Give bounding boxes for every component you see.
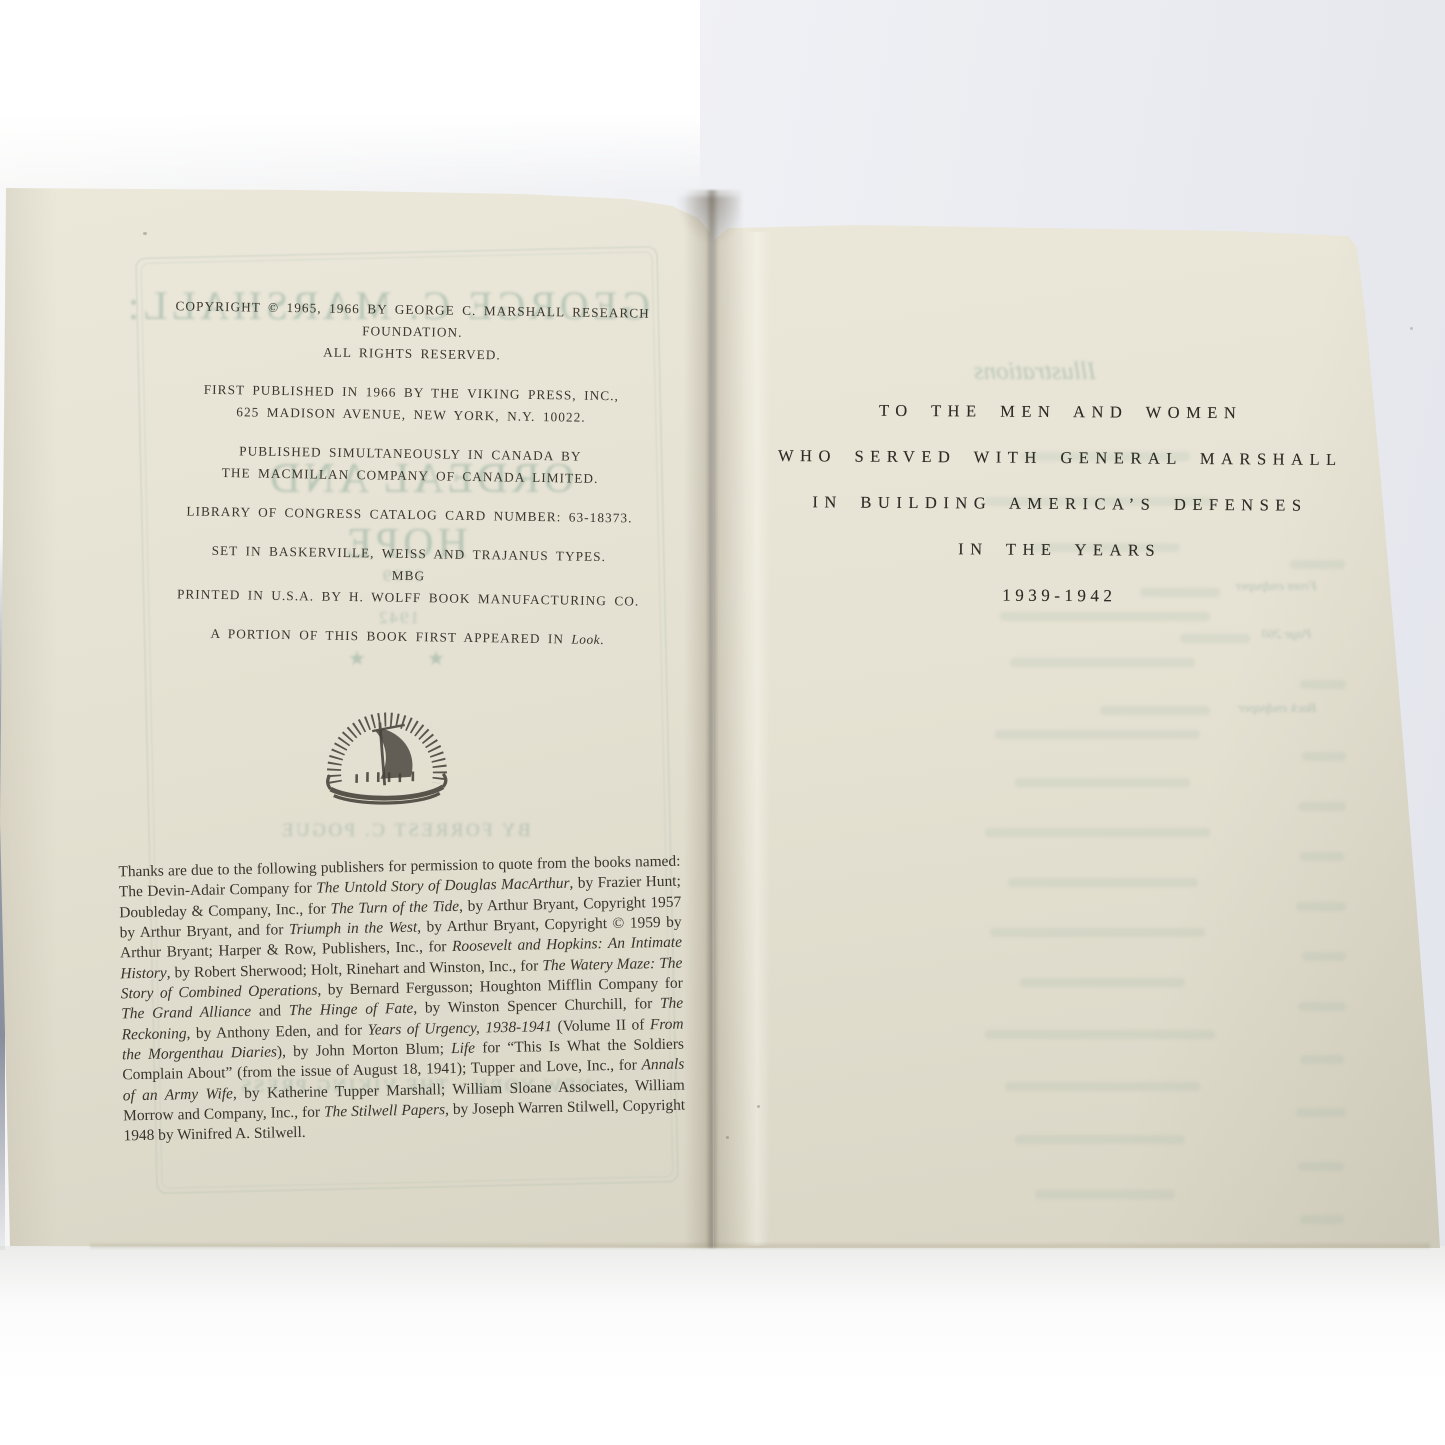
canada-group: PUBLISHED SIMULTANEOUSLY IN CANADA BY TH… xyxy=(140,439,681,491)
ghost-showthrough-line xyxy=(1300,1055,1344,1064)
typeset-group: SET IN BASKERVILLE, WEISS AND TRAJANUS T… xyxy=(138,539,679,613)
ghost-showthrough-line xyxy=(1300,680,1346,689)
ghost-showthrough-line xyxy=(1298,1162,1344,1171)
page-block-bottom-edge xyxy=(90,1242,1430,1249)
ghost-showthrough-line xyxy=(985,828,1210,837)
ghost-showthrough-line xyxy=(1180,634,1250,643)
dedication-line: WHO SERVED WITH GENERAL MARSHALL xyxy=(755,433,1365,483)
ghost-showthrough-line xyxy=(990,928,1205,937)
ghost-showthrough-line xyxy=(995,730,1200,739)
ghost-illustrations-heading: Illustrations xyxy=(950,358,1120,386)
ghost-showthrough-line xyxy=(1010,658,1195,667)
ghost-showthrough-line xyxy=(1302,952,1346,961)
ghost-showthrough-line xyxy=(1300,852,1344,861)
ghost-entry: Back endpaper xyxy=(1238,700,1316,716)
dust-speck xyxy=(757,1105,760,1108)
ghost-showthrough-line xyxy=(1035,1190,1175,1199)
ghost-showthrough-line xyxy=(1300,1215,1344,1224)
ghost-showthrough-line xyxy=(1015,778,1190,787)
dust-speck xyxy=(143,232,147,235)
ship-sail xyxy=(375,729,413,779)
acknowledgments-paragraph: Thanks are due to the following publishe… xyxy=(118,852,685,1148)
viking-ship-logo xyxy=(319,709,454,826)
ghost-showthrough-line xyxy=(1100,706,1210,715)
book-photo-scene: GEORGE C. MARSHALL: ORDEAL AND HOPE 1939… xyxy=(0,0,1445,1445)
dedication-line: IN THE YEARS xyxy=(755,525,1365,575)
dust-speck xyxy=(1410,327,1413,330)
ghost-showthrough-line xyxy=(1296,902,1346,911)
ghost-showthrough-line xyxy=(1302,752,1346,761)
background-surface-bottom xyxy=(0,1246,1445,1445)
ghost-showthrough-line xyxy=(1020,978,1185,987)
dedication-years: 1939-1942 xyxy=(754,571,1364,621)
publisher-group: FIRST PUBLISHED IN 1966 BY THE VIKING PR… xyxy=(141,378,682,430)
dedication-line: TO THE MEN AND WOMEN xyxy=(755,387,1365,437)
look-line: A PORTION OF THIS BOOK FIRST APPEARED IN… xyxy=(137,622,677,652)
ghost-showthrough-line xyxy=(1005,1082,1200,1091)
dust-speck xyxy=(726,1136,729,1139)
viking-ship-icon xyxy=(319,709,454,826)
copyright-group: COPYRIGHT © 1965, 1966 BY GEORGE C. MARS… xyxy=(142,295,683,369)
ghost-entry: Page 260 xyxy=(1262,626,1311,642)
ghost-showthrough-line xyxy=(1298,1002,1346,1011)
ghost-showthrough-line xyxy=(1015,1135,1185,1144)
loc-group: LIBRARY OF CONGRESS CATALOG CARD NUMBER:… xyxy=(139,500,679,530)
copyright-block: COPYRIGHT © 1965, 1966 BY GEORGE C. MARS… xyxy=(137,295,683,669)
dedication-block: TO THE MEN AND WOMEN WHO SERVED WITH GEN… xyxy=(754,387,1366,621)
ghost-showthrough-line xyxy=(1296,1108,1346,1117)
background-surface-topleft xyxy=(0,0,700,190)
copyright-line: LIBRARY OF CONGRESS CATALOG CARD NUMBER:… xyxy=(139,500,679,530)
ghost-showthrough-line xyxy=(1008,878,1198,887)
dedication-line: IN BUILDING AMERICA’S DEFENSES xyxy=(755,479,1365,529)
ghost-showthrough-line xyxy=(985,1030,1215,1039)
ghost-showthrough-line xyxy=(1298,802,1346,811)
